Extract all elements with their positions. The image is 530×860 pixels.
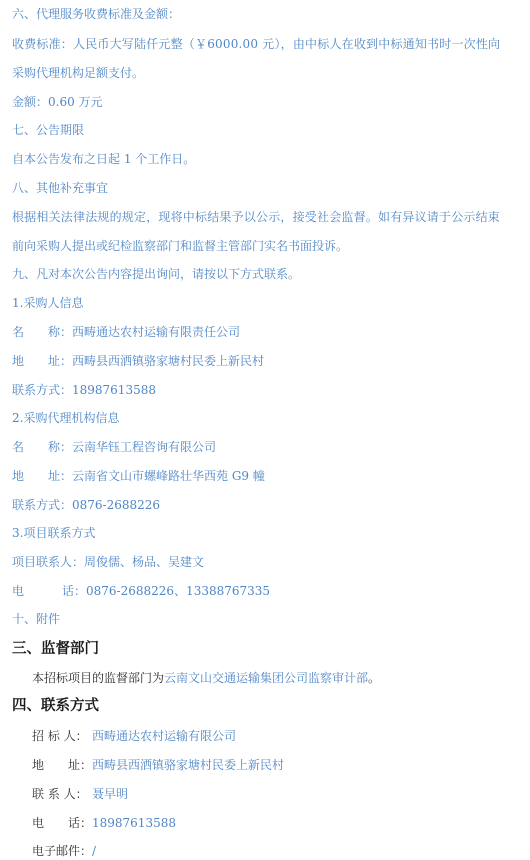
label: 地 — [12, 468, 48, 484]
label: 电 — [12, 583, 62, 599]
agency-name: 云南华钰工程咨询有限公司 — [72, 440, 216, 454]
project-contact-title: 3.项目联系方式 — [12, 525, 95, 541]
purchaser-name-row: 名称：西畴通达农村运输有限责任公司 — [12, 324, 240, 340]
label: 招 标 人： — [32, 728, 92, 744]
supervision-suffix: 。 — [368, 671, 380, 685]
tenderer-value: 西畴通达农村运输有限公司 — [92, 729, 236, 743]
contact-row-address: 地 址：西畴县西洒镇骆家塘村民委上新民村 — [32, 757, 284, 773]
purchaser-contact: 联系方式：18987613588 — [12, 382, 156, 398]
section7-text: 自本公告发布之日起 1 个工作日。 — [12, 151, 195, 167]
label: 称： — [48, 440, 72, 454]
supervision-text: 本招标项目的监督部门为云南文山交通运输集团公司监察审计部。 — [32, 670, 380, 686]
section6-heading: 六、代理服务收费标准及金额： — [12, 6, 180, 22]
purchaser-address-row: 地址：西畴县西洒镇骆家塘村民委上新民村 — [12, 353, 264, 369]
agency-name-row: 名称：云南华钰工程咨询有限公司 — [12, 439, 216, 455]
contact-heading: 四、联系方式 — [12, 697, 99, 715]
section8-heading: 八、其他补充事宜 — [12, 180, 108, 196]
project-contacts: 项目联系人：周俊儒、杨品、吴建文 — [12, 554, 204, 570]
label: 话： — [62, 584, 86, 598]
purchaser-title: 1.采购人信息 — [12, 295, 83, 311]
fee-amount: 金额：0.60 万元 — [12, 94, 103, 110]
fee-standard-line1: 收费标准：人民币大写陆仟元整（￥6000.00 元），由中标人在收到中标通知书时… — [12, 36, 500, 52]
contact-row-phone: 电 话：18987613588 — [32, 815, 176, 831]
label: 联 系 人： — [32, 786, 92, 802]
purchaser-address: 西畴县西洒镇骆家塘村民委上新民村 — [72, 354, 264, 368]
agency-address: 云南省文山市螺峰路壮华西苑 G9 幢 — [72, 469, 265, 483]
project-tel-row: 电话：0876-2688226、13388767335 — [12, 583, 270, 599]
label: 地 址： — [32, 757, 92, 773]
project-tel: 0876-2688226、13388767335 — [86, 584, 270, 598]
label: 址： — [48, 354, 72, 368]
section7-heading: 七、公告期限 — [12, 122, 84, 138]
contact-row-tenderer: 招 标 人：西畴通达农村运输有限公司 — [32, 728, 236, 744]
agency-contact: 联系方式：0876-2688226 — [12, 497, 160, 513]
contact-row-person: 联 系 人：聂早明 — [32, 786, 128, 802]
label: 地 — [12, 353, 48, 369]
purchaser-name: 西畴通达农村运输有限责任公司 — [72, 325, 240, 339]
supervision-prefix: 本招标项目的监督部门为 — [32, 671, 164, 685]
label: 称： — [48, 325, 72, 339]
section9-heading: 九、凡对本次公告内容提出询问，请按以下方式联系。 — [12, 266, 300, 282]
contact-person-value: 聂早明 — [92, 787, 128, 801]
email-value: / — [92, 844, 96, 858]
label: 名 — [12, 439, 48, 455]
phone-value: 18987613588 — [92, 816, 176, 830]
agency-address-row: 地址：云南省文山市螺峰路壮华西苑 G9 幢 — [12, 468, 265, 484]
section8-line2: 前向采购人提出或纪检监察部门和监督主管部门实名书面投诉。 — [12, 238, 348, 254]
agency-title: 2.采购代理机构信息 — [12, 410, 119, 426]
label: 名 — [12, 324, 48, 340]
fee-standard-line2: 采购代理机构足额支付。 — [12, 65, 144, 81]
label: 电 话： — [32, 815, 92, 831]
label: 电子邮件： — [32, 843, 92, 859]
section8-line1: 根据相关法律法规的规定，现将中标结果予以公示，接受社会监督。如有异议请于公示结束 — [12, 209, 500, 225]
contact-row-email: 电子邮件：/ — [32, 843, 96, 859]
address-value: 西畴县西洒镇骆家塘村民委上新民村 — [92, 758, 284, 772]
label: 址： — [48, 469, 72, 483]
supervision-department: 云南文山交通运输集团公司监察审计部 — [164, 671, 368, 685]
section10-heading: 十、附件 — [12, 611, 60, 627]
supervision-heading: 三、监督部门 — [12, 640, 99, 658]
